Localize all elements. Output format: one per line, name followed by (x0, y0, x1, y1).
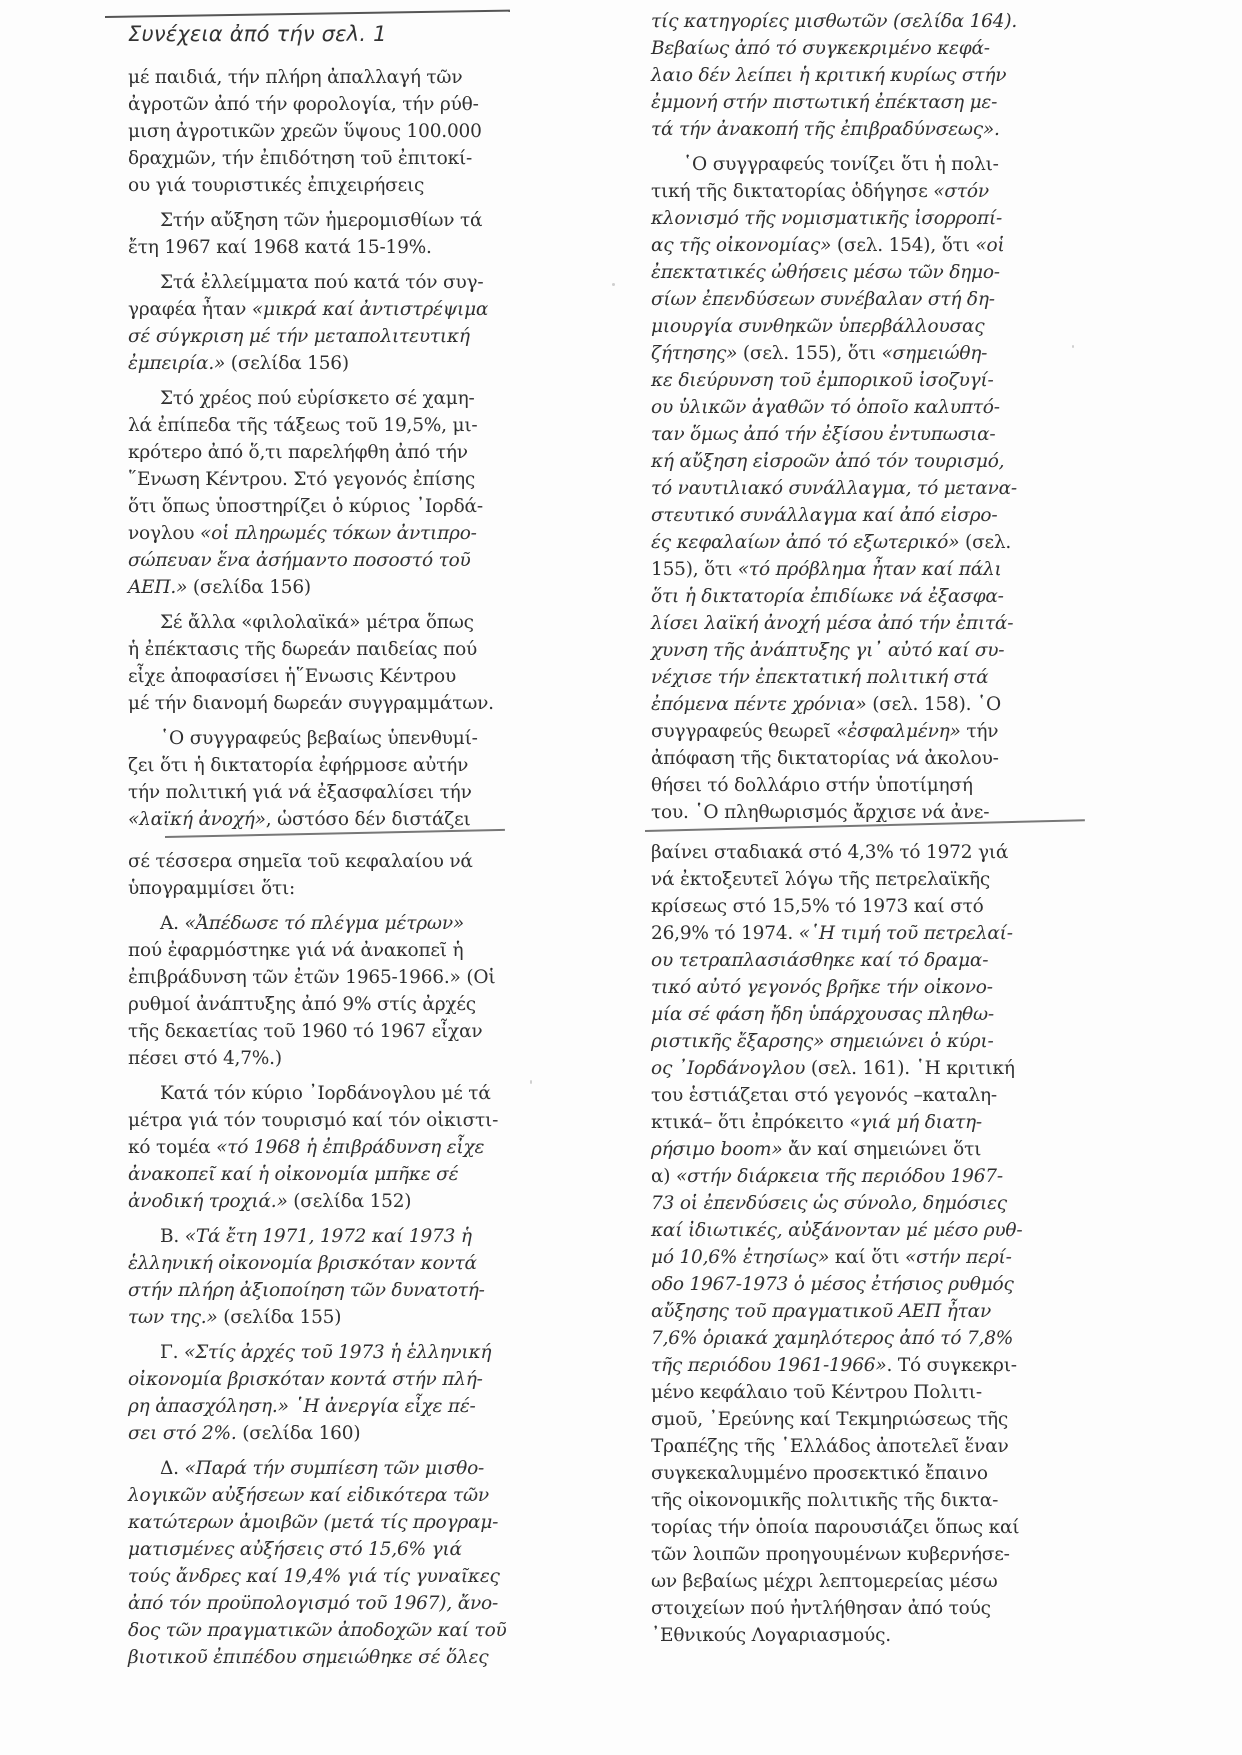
text-line: μένο κεφάλαιο τοῦ Κέντρου Πολιτι- (651, 1379, 982, 1406)
italic-quote-span: «τό 1968 ἡ ἐπιβράδυνση εἶχε (216, 1137, 484, 1158)
text-span: (σελίδα 156) (187, 577, 311, 598)
text-line: Στήν αὔξηση τῶν ἡμερομισθίων τά (128, 207, 482, 234)
text-line: στοιχείων πού ἠντλήθησαν ἀπό τούς (651, 1595, 991, 1622)
text-span: ἡ ἐπέκτασις τῆς δωρεάν παιδείας πού (128, 639, 477, 660)
text-line: ου γιά τουριστικές ἐπιχειρήσεις (128, 172, 424, 199)
text-line: ἀγροτῶν ἀπό τήν φορολογία, τήν ρύθ- (128, 91, 479, 118)
text-line: ἐμμονή στήν πιστωτική ἐπέκταση με- (651, 89, 997, 116)
italic-quote-span: λογικῶν αὐξήσεων καί εἰδικότερα τῶν (128, 1485, 489, 1506)
text-line: λαιο δέν λείπει ἡ κριτική κυρίως στήν (651, 62, 1006, 89)
italic-quote-span: «Παρά τήν συμπίεση τῶν μισθο- (185, 1458, 485, 1479)
text-span: ων βεβαίως μέχρι λεπτομερείας μέσω (651, 1571, 998, 1592)
text-line: κό τομέα «τό 1968 ἡ ἐπιβράδυνση εἶχε (128, 1134, 484, 1161)
italic-quote-span: τούς ἄνδρες καί 19,4% γιά τίς γυναῖκες (128, 1566, 500, 1587)
text-line: στευτικό συνάλλαγμα καί ἀπό εἰσρο- (651, 502, 997, 529)
text-span: Γ. (160, 1342, 184, 1363)
text-span: τήν (961, 721, 999, 742)
italic-quote-span: κλονισμό τῆς νομισματικῆς ἰσορροπί- (651, 208, 1002, 229)
text-line: μέ τήν διανομή δωρεάν συγγραμμάτων. (128, 690, 494, 717)
text-span: ρυθμοί ἀνάπτυξης ἀπό 9% στίς ἀρχές (128, 994, 476, 1015)
italic-quote-span: «῾Η τιμή τοῦ πετρελαί- (799, 923, 1013, 944)
text-line: δος τῶν πραγματικῶν ἀποδοχῶν καί τοῦ (128, 1617, 507, 1644)
scan-speck (1072, 345, 1074, 348)
text-span: ῾Ο συγγραφεύς τονίζει ὅτι ἡ πολι- (683, 154, 999, 175)
text-line: ζήτησης» (σελ. 155), ὅτι «σημειώθη- (651, 340, 987, 367)
italic-quote-span: ἐπεκτατικές ὠθήσεις μέσω τῶν δημο- (651, 262, 1000, 283)
text-span: Τραπέζης τῆς ῾Ελλάδος ἀποτελεῖ ἕναν (651, 1436, 1009, 1457)
text-line: ου τετραπλασιάσθηκε καί τό δραμα- (651, 947, 988, 974)
text-span: (σελ. 161). ῾Η κριτική (805, 1058, 1015, 1079)
text-line: του ἑστιάζεται στό γεγονός –καταλη- (651, 1082, 997, 1109)
text-line: σέ τέσσερα σημεῖα τοῦ κεφαλαίου νά (128, 848, 473, 875)
italic-quote-span: χυνση τῆς ἀνάπτυξης γι᾿ αὐτό καί συ- (651, 640, 1004, 661)
text-line: ταν ὅμως ἀπό τήν ἐξίσου ἐντυπωσια- (651, 421, 995, 448)
text-line: σέ σύγκριση μέ τήν μεταπολιτευτική (128, 323, 470, 350)
italic-quote-span: λαιο δέν λείπει ἡ κριτική κυρίως στήν (651, 65, 1006, 86)
text-span: ἀπόφαση τῆς δικτατορίας νά ἀκολου- (651, 748, 999, 769)
text-line: δραχμῶν, τήν ἐπιδότηση τοῦ ἐπιτοκί- (128, 145, 472, 172)
text-span: ἐπιβράδυνση τῶν ἐτῶν 1965-1966.» (Οἱ (128, 967, 495, 988)
italic-quote-span: ἑλληνική οἰκονομία βρισκόταν κοντά (128, 1253, 477, 1274)
scan-speck (530, 1080, 532, 1084)
text-span: τήν πολιτική γιά νά ἐξασφαλίσει τήν (128, 782, 472, 803)
text-line: ἀπόφαση τῆς δικτατορίας νά ἀκολου- (651, 745, 999, 772)
italic-quote-span: ἐμμονή στήν πιστωτική ἐπέκταση με- (651, 92, 997, 113)
text-span: (σελίδα 155) (218, 1307, 342, 1328)
text-span: κό τομέα (128, 1137, 216, 1158)
text-line: καί ἰδιωτικές, αὐξάνονταν μέ μέσο ρυθ- (651, 1217, 1022, 1244)
italic-quote-span: 7,6% ὁριακά χαμηλότερος ἀπό τό 7,8% (651, 1328, 1013, 1349)
text-span: νογλου (128, 523, 200, 544)
italic-quote-span: ἀπό τόν προϋπολογισμό τοῦ 1967), ἄνο- (128, 1593, 498, 1614)
text-line: ου ὑλικῶν ἀγαθῶν τό ὁποῖο καλυπτό- (651, 394, 1000, 421)
text-line: τῆς δεκαετίας τοῦ 1960 τό 1967 εἶχαν (128, 1018, 482, 1045)
text-line: θήσει τό δολλάριο στήν ὑποτίμησή (651, 772, 973, 799)
text-line: τά τήν ἀνακοπή τῆς ἐπιβραδύνσεως». (651, 116, 1000, 143)
text-span: Στό χρέος πού εὑρίσκετο σέ χαμη- (160, 388, 475, 409)
text-line: τῶν λοιπῶν προηγουμένων κυβερνήσε- (651, 1541, 1010, 1568)
italic-quote-span: λίσει λαϊκή ἀνοχή μέσα ἀπό τήν ἐπιτά- (651, 613, 1013, 634)
italic-quote-span: τικό αὐτό γεγονός βρῆκε τήν οἰκονο- (651, 977, 993, 998)
text-line: ἐπιβράδυνση τῶν ἐτῶν 1965-1966.» (Οἱ (128, 964, 495, 991)
text-line: αὔξησης τοῦ πραγματικοῦ ΑΕΠ ἦταν (651, 1298, 991, 1325)
text-span: τῆς δεκαετίας τοῦ 1960 τό 1967 εἶχαν (128, 1021, 482, 1042)
text-line: ματισμένες αὐξήσεις στό 15,6% γιά (128, 1536, 462, 1563)
italic-quote-span: ζήτησης» (651, 343, 737, 364)
text-line: ἡ ἐπέκτασις τῆς δωρεάν παιδείας πού (128, 636, 477, 663)
italic-quote-span: σίων ἐπενδύσεων συνέβαλαν στή δη- (651, 289, 995, 310)
text-line: ζει ὅτι ἡ δικτατορία ἐφήρμοσε αὐτήν (128, 752, 468, 779)
text-line: Δ. «Παρά τήν συμπίεση τῶν μισθο- (128, 1455, 484, 1482)
text-line: ἐπόμενα πέντε χρόνια» (σελ. 158). ῾Ο (651, 691, 1001, 718)
italic-quote-span: «τό πρόβλημα ἦταν καί πάλι (738, 559, 1002, 580)
italic-quote-span: «Τά ἔτη 1971, 1972 καί 1973 ἡ (185, 1226, 472, 1247)
italic-quote-span: ῾Η ἀνεργία εἶχε πέ- (294, 1396, 475, 1417)
italic-quote-span: μία σέ φάση ἤδη ὑπάρχουσας πληθω- (651, 1004, 994, 1025)
italic-quote-span: «Ἀπέδωσε τό πλέγμα μέτρων» (185, 913, 464, 934)
text-span: του. ῾Ο πληθωρισμός ἄρχισε νά ἀνε- (651, 802, 989, 823)
text-span: (σελ. 154), ὅτι (831, 235, 975, 256)
text-span: τῆς οἰκονομικῆς πολιτικῆς τῆς δικτα- (651, 1490, 998, 1511)
italic-quote-span: μό 10,6% ἐτησίως» (651, 1247, 829, 1268)
text-line: ᾿Εθνικούς Λογαριασμούς. (651, 1622, 891, 1649)
text-span: (σελίδα 156) (225, 353, 349, 374)
text-span: ὑπογραμμίσει ὅτι: (128, 878, 295, 899)
text-line: 73 οἱ ἐπενδύσεις ὡς σύνολο, δημόσιες (651, 1190, 1007, 1217)
text-span: Στήν αὔξηση τῶν ἡμερομισθίων τά (160, 210, 482, 231)
text-span: μέτρα γιά τόν τουρισμό καί τόν οἰκιστι- (128, 1110, 498, 1131)
italic-quote-span: στευτικό συνάλλαγμα καί ἀπό εἰσρο- (651, 505, 997, 526)
text-line: πέσει στό 4,7%.) (128, 1045, 282, 1072)
top-rule (105, 10, 510, 18)
text-line: Κατά τόν κύριο ᾿Ιορδάνογλου μέ τά (128, 1080, 491, 1107)
text-line: ἀπό τόν προϋπολογισμό τοῦ 1967), ἄνο- (128, 1590, 498, 1617)
italic-quote-span: ας τῆς οἰκονομίας» (651, 235, 831, 256)
text-line: κρίσεως στό 15,5% τό 1973 καί στό (651, 893, 984, 920)
italic-quote-span: κατώτερων ἀμοιβῶν (μετά τίς προγραμ- (128, 1512, 498, 1533)
text-span: βαίνει σταδιακά στό 4,3% τό 1972 γιά (651, 842, 1008, 863)
text-line: Γ. «Στίς ἀρχές τοῦ 1973 ἡ ἑλληνική (128, 1339, 491, 1366)
text-line: Στά ἐλλείμματα πού κατά τόν συγ- (128, 269, 483, 296)
text-line: γραφέα ἦταν «μικρά καί ἀντιστρέψιμα (128, 296, 488, 323)
italic-quote-span: «λαϊκή ἀνοχή» (128, 809, 266, 830)
text-span: τική τῆς δικτατορίας ὁδήγησε (651, 181, 933, 202)
text-line: εἶχε ἀποφασίσει ἡ῞Ενωσις Κέντρου (128, 663, 456, 690)
text-line: ων βεβαίως μέχρι λεπτομερείας μέσω (651, 1568, 998, 1595)
italic-quote-span: κή αὔξηση εἰσροῶν ἀπό τόν τουρισμό, (651, 451, 1004, 472)
text-span: ὅτι ὅπως ὑποστηρίζει ὁ κύριος ᾿Ιορδά- (128, 496, 483, 517)
italic-quote-span: ος ᾿Ιορδάνογλου (651, 1058, 805, 1079)
text-line: ΑΕΠ.» (σελίδα 156) (128, 574, 311, 601)
italic-quote-span: ἀνοδική τροχιά.» (128, 1191, 288, 1212)
text-span: μιση ἀγροτικῶν χρεῶν ὕψους 100.000 (128, 121, 482, 142)
italic-quote-span: ρήσιμο boom» (651, 1139, 782, 1160)
text-line: ἀνακοπεῖ καί ἡ οἰκονομία μπῆκε σέ (128, 1161, 458, 1188)
text-line: Τραπέζης τῆς ῾Ελλάδος ἀποτελεῖ ἕναν (651, 1433, 1009, 1460)
text-line: μία σέ φάση ἤδη ὑπάρχουσας πληθω- (651, 1001, 994, 1028)
italic-quote-span: «σημειώθη- (881, 343, 987, 364)
italic-quote-span: ἀνακοπεῖ καί ἡ οἰκονομία μπῆκε σέ (128, 1164, 458, 1185)
text-line: ας τῆς οἰκονομίας» (σελ. 154), ὅτι «οἱ (651, 232, 1005, 259)
italic-quote-span: ἐμπειρία.» (128, 353, 225, 374)
text-span: ου γιά τουριστικές ἐπιχειρήσεις (128, 175, 424, 196)
italic-quote-span: «ἐσφαλμένη» (836, 721, 960, 742)
italic-quote-span: ρη ἀπασχόληση.» (128, 1396, 289, 1417)
italic-quote-span: «μικρά καί ἀντιστρέψιμα (252, 299, 488, 320)
italic-quote-span: «στήν διάρκεια τῆς περιόδου 1967- (676, 1166, 1003, 1187)
italic-quote-span: στήν πλήρη ἀξιοποίηση τῶν δυνατοτή- (128, 1280, 485, 1301)
italic-quote-span: ου ὑλικῶν ἀγαθῶν τό ὁποῖο καλυπτό- (651, 397, 1000, 418)
text-line: νέχισε τήν ἐπεκτατική πολιτική στά (651, 664, 988, 691)
text-line: στήν πλήρη ἀξιοποίηση τῶν δυνατοτή- (128, 1277, 485, 1304)
text-span: ᾿Εθνικούς Λογαριασμούς. (651, 1625, 891, 1646)
text-line: λογικῶν αὐξήσεων καί εἰδικότερα τῶν (128, 1482, 489, 1509)
text-line: τική τῆς δικτατορίας ὁδήγησε «στόν (651, 178, 989, 205)
italic-quote-span: «οἱ πληρωμές τόκων ἀντιπρο- (200, 523, 477, 544)
text-line: μιση ἀγροτικῶν χρεῶν ὕψους 100.000 (128, 118, 482, 145)
text-line: τῆς οἰκονομικῆς πολιτικῆς τῆς δικτα- (651, 1487, 998, 1514)
text-line: ἐπεκτατικές ὠθήσεις μέσω τῶν δημο- (651, 259, 1000, 286)
text-line: ἐμπειρία.» (σελίδα 156) (128, 350, 349, 377)
text-span: (σελίδα 160) (237, 1423, 361, 1444)
text-line: ῾Ο συγγραφεύς τονίζει ὅτι ἡ πολι- (651, 151, 999, 178)
text-span: θήσει τό δολλάριο στήν ὑποτίμησή (651, 775, 973, 796)
text-line: Α. «Ἀπέδωσε τό πλέγμα μέτρων» (128, 910, 464, 937)
text-span: κρότερο ἀπό ὅ,τι παρελήφθη ἀπό τήν (128, 442, 468, 463)
italic-quote-span: μιουργία συνθηκῶν ὑπερβάλλουσας (651, 316, 984, 337)
text-line: κτικά– ὅτι ἐπρόκειτο «γιά μή διατη- (651, 1109, 982, 1136)
text-span: 26,9% τό 1974. (651, 923, 799, 944)
text-line: κλονισμό τῆς νομισματικῆς ἰσορροπί- (651, 205, 1002, 232)
text-span: Δ. (160, 1458, 185, 1479)
text-line: κατώτερων ἀμοιβῶν (μετά τίς προγραμ- (128, 1509, 498, 1536)
text-span: (σελ. (959, 532, 1011, 553)
text-span: τορίας τήν ὁποία παρουσιάζει ὅπως καί (651, 1517, 1019, 1538)
text-line: χυνση τῆς ἀνάπτυξης γι᾿ αὐτό καί συ- (651, 637, 1004, 664)
text-line: τήν πολιτική γιά νά ἐξασφαλίσει τήν (128, 779, 472, 806)
italic-quote-span: σημειώνει ὁ κύρι- (830, 1031, 994, 1052)
text-span: Σέ ἄλλα «φιλολαϊκά» μέτρα ὅπως (160, 612, 474, 633)
text-span: μένο κεφάλαιο τοῦ Κέντρου Πολιτι- (651, 1382, 982, 1403)
text-line: συγγραφεύς θεωρεῖ «ἐσφαλμένη» τήν (651, 718, 998, 745)
text-line: ος ᾿Ιορδάνογλου (σελ. 161). ῾Η κριτική (651, 1055, 1015, 1082)
italic-quote-span: «γιά μή διατη- (849, 1112, 982, 1133)
text-line: κή αὔξηση εἰσροῶν ἀπό τόν τουρισμό, (651, 448, 1004, 475)
italic-quote-span: τῆς περιόδου 1961-1966» (651, 1355, 886, 1376)
italic-quote-span: τίς κατηγορίες μισθωτῶν (σελίδα 164). (651, 11, 1017, 32)
italic-quote-span: «στόν (933, 181, 989, 202)
italic-quote-span: ΑΕΠ.» (128, 577, 187, 598)
text-span: του ἑστιάζεται στό γεγονός –καταλη- (651, 1085, 997, 1106)
text-span: , ὡστόσο δέν διστάζει (266, 809, 471, 830)
continuation-header: Συνέχεια ἀπό τήν σελ. 1 (128, 22, 387, 46)
text-span: λά ἐπίπεδα τῆς τάξεως τοῦ 19,5%, μι- (128, 415, 477, 436)
text-line: μέτρα γιά τόν τουρισμό καί τόν οἰκιστι- (128, 1107, 498, 1134)
text-span: Β. (160, 1226, 185, 1247)
italic-quote-span: νέχισε τήν ἐπεκτατική πολιτική στά (651, 667, 988, 688)
text-line: νογλου «οἱ πληρωμές τόκων ἀντιπρο- (128, 520, 477, 547)
italic-quote-span: οἰκονομία βρισκόταν κοντά στήν πλή- (128, 1369, 483, 1390)
text-line: οἰκονομία βρισκόταν κοντά στήν πλή- (128, 1366, 483, 1393)
text-line: ρη ἀπασχόληση.» ῾Η ἀνεργία εἶχε πέ- (128, 1393, 476, 1420)
text-span: ἀγροτῶν ἀπό τήν φορολογία, τήν ρύθ- (128, 94, 479, 115)
text-span: ζει ὅτι ἡ δικτατορία ἐφήρμοσε αὐτήν (128, 755, 468, 776)
text-line: των της.» (σελίδα 155) (128, 1304, 341, 1331)
italic-quote-span: «οἱ (975, 235, 1004, 256)
italic-quote-span: ές κεφαλαίων ἀπό τό εξωτερικό» (651, 532, 959, 553)
text-span: νά ἐκτοξευτεῖ λόγω τῆς πετρελαϊκῆς (651, 869, 990, 890)
text-span: κτικά– ὅτι ἐπρόκειτο (651, 1112, 849, 1133)
text-line: α) «στήν διάρκεια τῆς περιόδου 1967- (651, 1163, 1003, 1190)
text-span: ῞Ενωση Κέντρου. Στό γεγονός ἐπίσης (128, 469, 475, 490)
text-line: μό 10,6% ἐτησίως» καί ὅτι «στήν περί- (651, 1244, 1012, 1271)
text-line: 26,9% τό 1974. «῾Η τιμή τοῦ πετρελαί- (651, 920, 1013, 947)
text-line: τίς κατηγορίες μισθωτῶν (σελίδα 164). (651, 8, 1017, 35)
text-line: μέ παιδιά, τήν πλήρη ἀπαλλαγή τῶν (128, 64, 462, 91)
text-line: λά ἐπίπεδα τῆς τάξεως τοῦ 19,5%, μι- (128, 412, 477, 439)
text-span: (σελίδα 152) (288, 1191, 412, 1212)
text-span: γραφέα ἦταν (128, 299, 252, 320)
text-span: δραχμῶν, τήν ἐπιδότηση τοῦ ἐπιτοκί- (128, 148, 472, 169)
italic-quote-span: «Στίς ἀρχές τοῦ 1973 ἡ ἑλληνική (184, 1342, 491, 1363)
text-line: ἑλληνική οἰκονομία βρισκόταν κοντά (128, 1250, 477, 1277)
text-span: . Τό συγκεκρι- (886, 1355, 1016, 1376)
text-line: σμοῦ, ᾿Ερεύνης καί Τεκμηριώσεως τῆς (651, 1406, 1008, 1433)
italic-quote-span: ριστικῆς ἔξαρσης» (651, 1031, 824, 1052)
italic-quote-span: τό ναυτιλιακό συνάλλαγμα, τό μετανα- (651, 478, 1017, 499)
text-line: τικό αὐτό γεγονός βρῆκε τήν οἰκονο- (651, 974, 993, 1001)
text-line: βαίνει σταδιακά στό 4,3% τό 1972 γιά (651, 839, 1008, 866)
text-line: συγκεκαλυμμένο προσεκτικό ἔπαινο (651, 1460, 988, 1487)
text-span: συγγραφεύς θεωρεῖ (651, 721, 836, 742)
italic-quote-span: αὔξησης τοῦ πραγματικοῦ ΑΕΠ ἦταν (651, 1301, 991, 1322)
text-span: (σελ. 158). ῾Ο (867, 694, 1002, 715)
text-span: ἔτη 1967 καί 1968 κατά 15-19%. (128, 237, 432, 258)
text-span: πέσει στό 4,7%.) (128, 1048, 282, 1069)
text-line: πού ἐφαρμόστηκε γιά νά ἀνακοπεῖ ἡ (128, 937, 463, 964)
italic-quote-span: σει στό 2%. (128, 1423, 237, 1444)
text-line: σει στό 2%. (σελίδα 160) (128, 1420, 360, 1447)
text-line: τό ναυτιλιακό συνάλλαγμα, τό μετανα- (651, 475, 1017, 502)
text-span: εἶχε ἀποφασίσει ἡ῞Ενωσις Κέντρου (128, 666, 456, 687)
text-span: 155), ὅτι (651, 559, 738, 580)
text-line: λίσει λαϊκή ἀνοχή μέσα ἀπό τήν ἐπιτά- (651, 610, 1013, 637)
italic-quote-span: ἐπόμενα πέντε χρόνια» (651, 694, 867, 715)
italic-quote-span: τά τήν ἀνακοπή τῆς ἐπιβραδύνσεως». (651, 119, 1000, 140)
text-line: Βεβαίως ἀπό τό συγκεκριμένο κεφά- (651, 35, 990, 62)
text-line: ῾Ο συγγραφεύς βεβαίως ὑπενθυμί- (128, 725, 478, 752)
italic-quote-span: οδο 1967-1973 ὁ μέσος ἐτήσιος ρυθμός (651, 1274, 1014, 1295)
italic-quote-span: ταν ὅμως ἀπό τήν ἐξίσου ἐντυπωσια- (651, 424, 995, 445)
text-span: α) (651, 1166, 676, 1187)
text-span: σμοῦ, ᾿Ερεύνης καί Τεκμηριώσεως τῆς (651, 1409, 1008, 1430)
text-line: ῞Ενωση Κέντρου. Στό γεγονός ἐπίσης (128, 466, 475, 493)
italic-quote-span: δος τῶν πραγματικῶν ἀποδοχῶν καί τοῦ (128, 1620, 507, 1641)
text-span: στοιχείων πού ἠντλήθησαν ἀπό τούς (651, 1598, 991, 1619)
text-line: τῆς περιόδου 1961-1966». Τό συγκεκρι- (651, 1352, 1017, 1379)
text-line: Β. «Τά ἔτη 1971, 1972 καί 1973 ἡ (128, 1223, 472, 1250)
text-span: Στά ἐλλείμματα πού κατά τόν συγ- (160, 272, 483, 293)
text-line: σίων ἐπενδύσεων συνέβαλαν στή δη- (651, 286, 995, 313)
italic-quote-span: κε διεύρυνση τοῦ ἐμπορικοῦ ἰσοζυγί- (651, 370, 994, 391)
italic-quote-span: «στήν περί- (905, 1247, 1012, 1268)
italic-quote-span: σώπευαν ἕνα ἀσήμαντο ποσοστό τοῦ (128, 550, 471, 571)
text-span: ἄν καί σημειώνει ὅτι (782, 1139, 981, 1160)
text-line: νά ἐκτοξευτεῖ λόγω τῆς πετρελαϊκῆς (651, 866, 990, 893)
text-span: τῶν λοιπῶν προηγουμένων κυβερνήσε- (651, 1544, 1010, 1565)
italic-quote-span: βιοτικοῦ ἐπιπέδου σημειώθηκε σέ ὅλες (128, 1647, 488, 1668)
text-span: κρίσεως στό 15,5% τό 1973 καί στό (651, 896, 984, 917)
text-line: ἔτη 1967 καί 1968 κατά 15-19%. (128, 234, 432, 261)
text-line: τορίας τήν ὁποία παρουσιάζει ὅπως καί (651, 1514, 1019, 1541)
italic-quote-span: σέ σύγκριση μέ τήν μεταπολιτευτική (128, 326, 470, 347)
italic-quote-span: καί ἰδιωτικές, αὐξάνονταν μέ μέσο ρυθ- (651, 1220, 1022, 1241)
text-line: ὅτι ὅπως ὑποστηρίζει ὁ κύριος ᾿Ιορδά- (128, 493, 483, 520)
text-span: ῾Ο συγγραφεύς βεβαίως ὑπενθυμί- (160, 728, 478, 749)
text-line: ές κεφαλαίων ἀπό τό εξωτερικό» (σελ. (651, 529, 1011, 556)
text-line: ριστικῆς ἔξαρσης» σημειώνει ὁ κύρι- (651, 1028, 994, 1055)
text-line: τούς ἄνδρες καί 19,4% γιά τίς γυναῖκες (128, 1563, 500, 1590)
text-line: κρότερο ἀπό ὅ,τι παρελήφθη ἀπό τήν (128, 439, 468, 466)
italic-quote-span: των της.» (128, 1307, 218, 1328)
text-span: μέ τήν διανομή δωρεάν συγγραμμάτων. (128, 693, 494, 714)
text-line: ὅτι ἡ δικτατορία ἐπιδίωκε νά ἐξασφα- (651, 583, 1004, 610)
text-line: ὑπογραμμίσει ὅτι: (128, 875, 295, 902)
text-span: Κατά τόν κύριο ᾿Ιορδάνογλου μέ τά (160, 1083, 491, 1104)
scan-speck (612, 283, 615, 286)
italic-quote-span: Βεβαίως ἀπό τό συγκεκριμένο κεφά- (651, 38, 990, 59)
text-line: 7,6% ὁριακά χαμηλότερος ἀπό τό 7,8% (651, 1325, 1013, 1352)
italic-quote-span: ου τετραπλασιάσθηκε καί τό δραμα- (651, 950, 988, 971)
text-line: «λαϊκή ἀνοχή», ὡστόσο δέν διστάζει (128, 806, 471, 833)
text-line: ρυθμοί ἀνάπτυξης ἀπό 9% στίς ἀρχές (128, 991, 476, 1018)
text-line: 155), ὅτι «τό πρόβλημα ἦταν καί πάλι (651, 556, 1002, 583)
text-line: ἀνοδική τροχιά.» (σελίδα 152) (128, 1188, 411, 1215)
text-line: οδο 1967-1973 ὁ μέσος ἐτήσιος ρυθμός (651, 1271, 1014, 1298)
italic-quote-span: 73 οἱ ἐπενδύσεις ὡς σύνολο, δημόσιες (651, 1193, 1007, 1214)
italic-quote-span: ὅτι ἡ δικτατορία ἐπιδίωκε νά ἐξασφα- (651, 586, 1004, 607)
scanned-newspaper-page: Συνέχεια ἀπό τήν σελ. 1 μέ παιδιά, τήν π… (0, 0, 1242, 1755)
text-line: σώπευαν ἕνα ἀσήμαντο ποσοστό τοῦ (128, 547, 471, 574)
text-span: συγκεκαλυμμένο προσεκτικό ἔπαινο (651, 1463, 988, 1484)
text-span: σέ τέσσερα σημεῖα τοῦ κεφαλαίου νά (128, 851, 473, 872)
text-line: Σέ ἄλλα «φιλολαϊκά» μέτρα ὅπως (128, 609, 474, 636)
text-span: Α. (160, 913, 185, 934)
text-span: καί ὅτι (829, 1247, 905, 1268)
italic-quote-span: ματισμένες αὐξήσεις στό 15,6% γιά (128, 1539, 462, 1560)
text-line: ρήσιμο boom» ἄν καί σημειώνει ὅτι (651, 1136, 981, 1163)
text-span: (σελ. 155), ὅτι (737, 343, 881, 364)
text-line: μιουργία συνθηκῶν ὑπερβάλλουσας (651, 313, 984, 340)
text-span: πού ἐφαρμόστηκε γιά νά ἀνακοπεῖ ἡ (128, 940, 463, 961)
text-line: κε διεύρυνση τοῦ ἐμπορικοῦ ἰσοζυγί- (651, 367, 994, 394)
text-line: βιοτικοῦ ἐπιπέδου σημειώθηκε σέ ὅλες (128, 1644, 488, 1671)
text-line: Στό χρέος πού εὑρίσκετο σέ χαμη- (128, 385, 475, 412)
text-span: μέ παιδιά, τήν πλήρη ἀπαλλαγή τῶν (128, 67, 462, 88)
